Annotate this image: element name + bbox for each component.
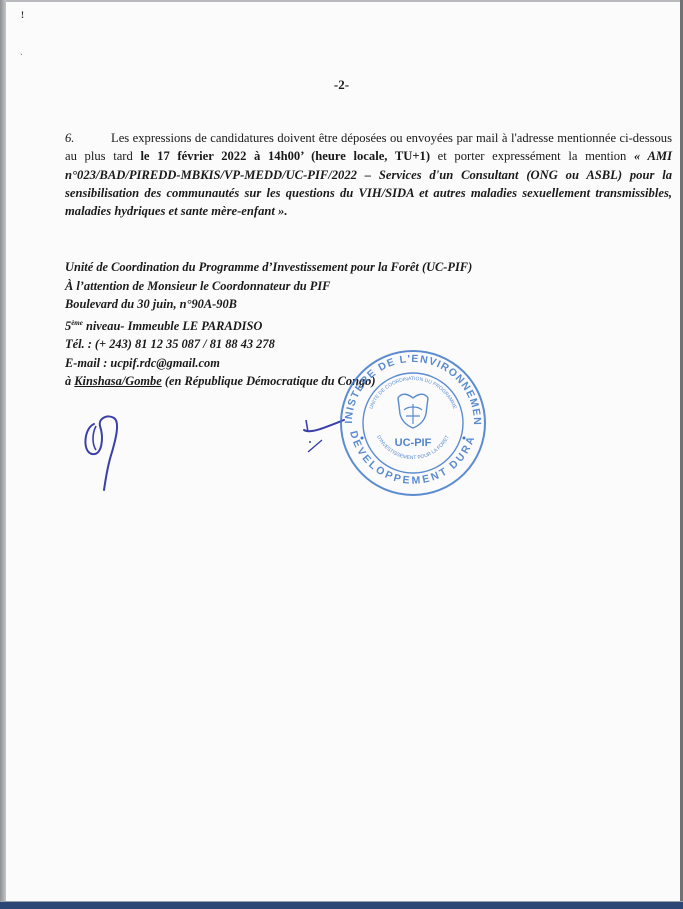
address-street: Boulevard du 30 juin, n°90A-90B [65,295,472,314]
paragraph-6: 6.Les expressions de candidatures doiven… [65,129,672,220]
stray-mark: ˎ [20,46,23,55]
coat-of-arms-icon [398,394,428,428]
paragraph-number: 6. [65,129,111,147]
stamp-center-label: UC-PIF [395,437,432,449]
address-floor: 5ème niveau- Immeuble LE PARADISO [65,314,472,336]
address-attention: À l’attention de Monsieur le Coordonnate… [65,277,472,296]
svg-text:MINISTERE DE L'ENVIRONNEMENT: MINISTERE DE L'ENVIRONNEMENT [338,348,483,426]
handwritten-signature [78,404,138,499]
address-organization: Unité de Coordination du Programme d’Inv… [65,258,472,277]
stamp-text-top: MINISTERE DE L'ENVIRONNEMENT [338,348,483,426]
page-number: -2- [0,77,683,93]
deadline-text: le 17 février 2022 à 14h00’ (heure local… [140,149,430,163]
official-stamp: MINISTERE DE L'ENVIRONNEMENT ET DEVELOPP… [338,348,488,503]
stray-mark: ! [21,10,24,20]
bottom-taskbar-strip [0,901,683,909]
paragraph-text: et porter expressément la mention [430,149,634,163]
